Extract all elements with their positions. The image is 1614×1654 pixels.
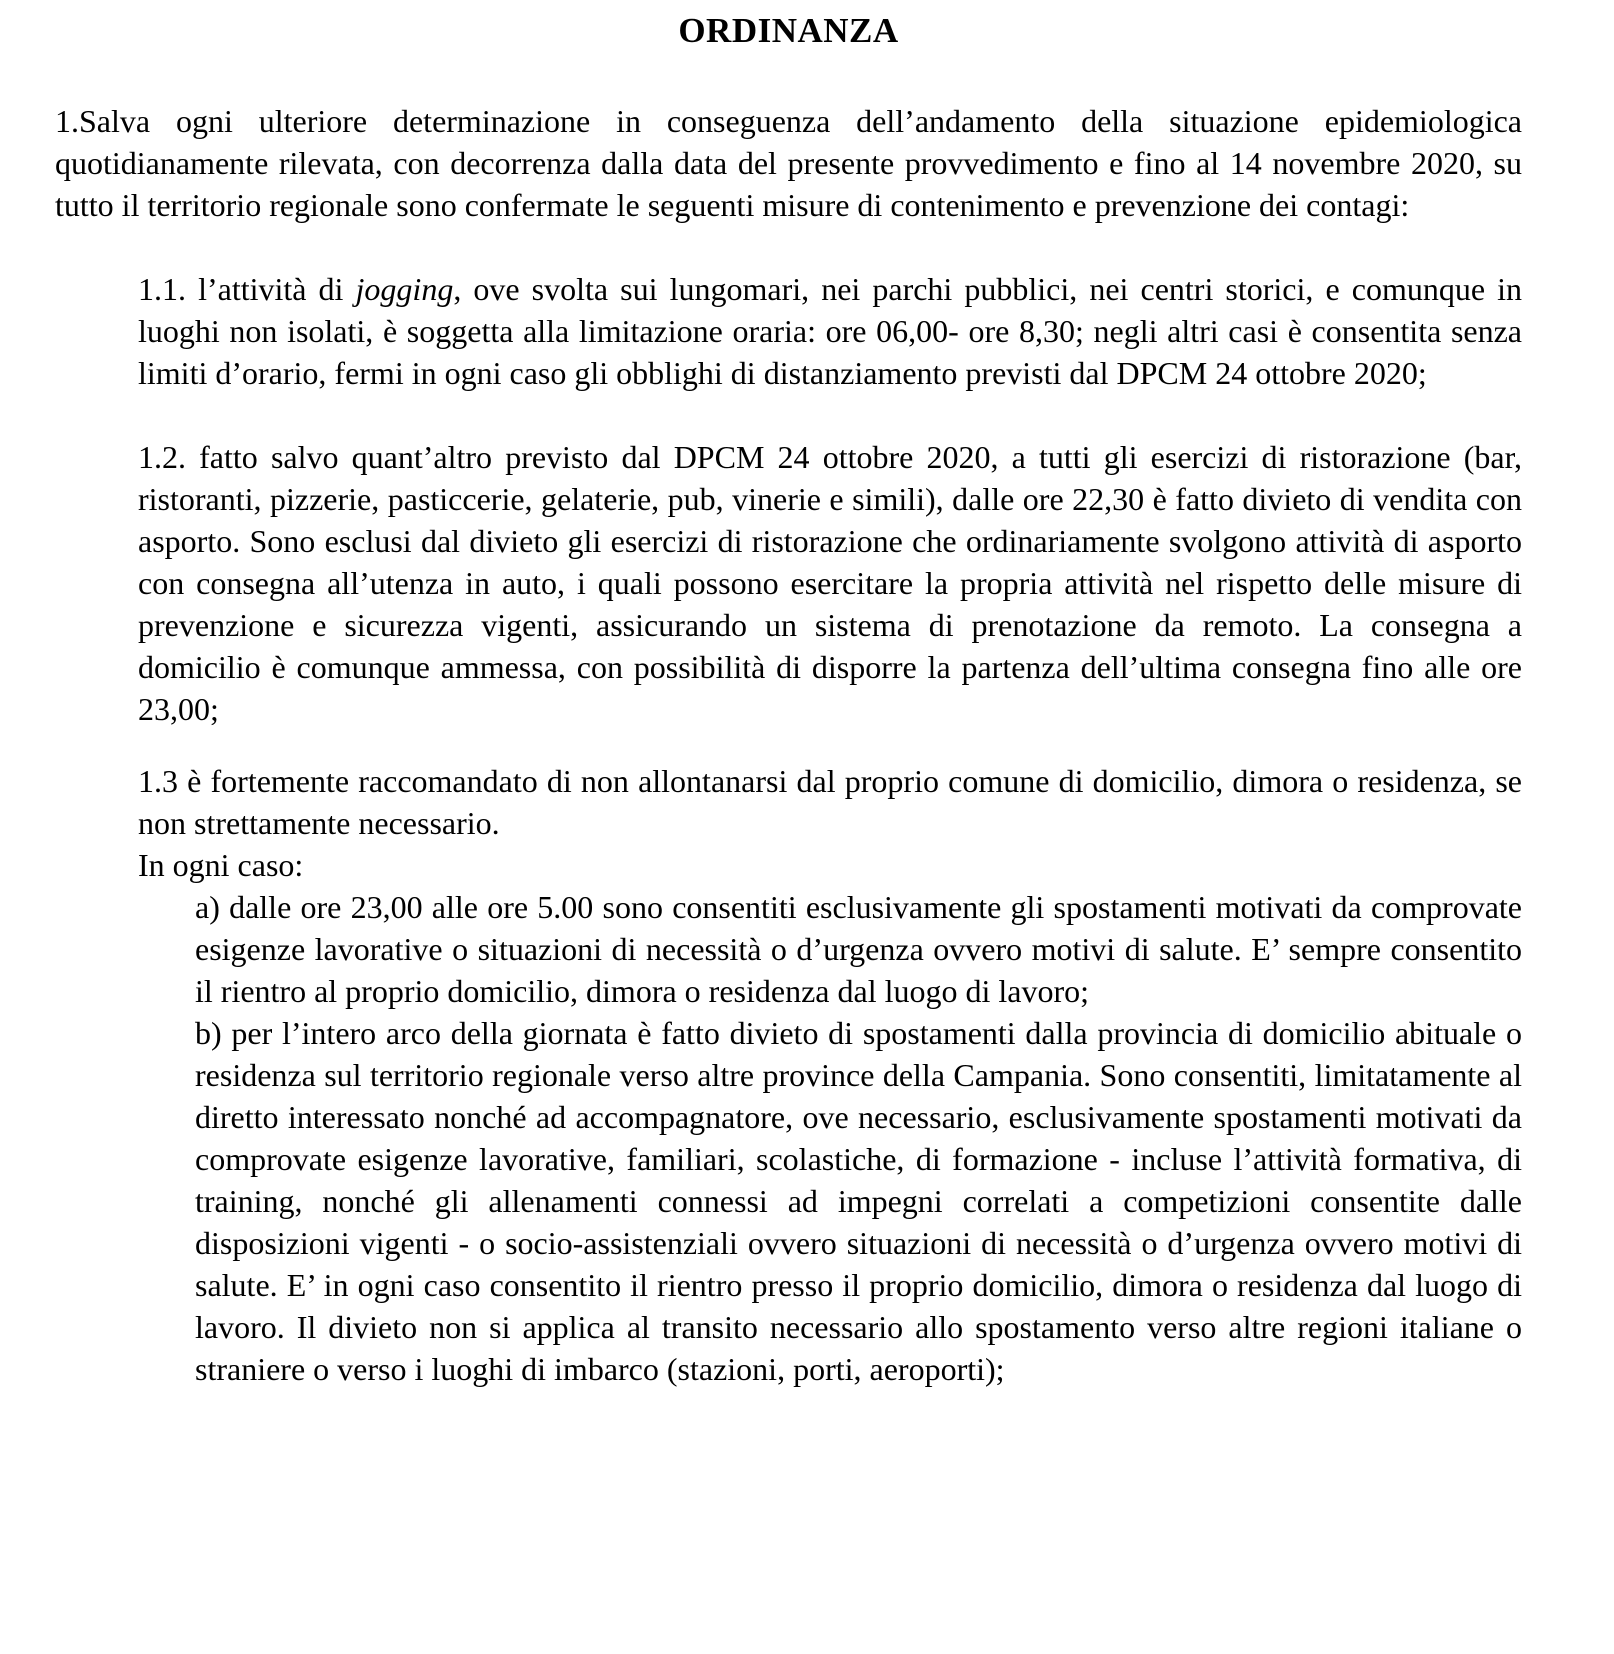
list-item-a: a) dalle ore 23,00 alle ore 5.00 sono co… xyxy=(195,886,1522,1012)
jogging-italic-term: jogging xyxy=(356,271,454,307)
section-1-1: 1.1. l’attività di jogging, ove svolta s… xyxy=(138,268,1522,394)
section-1-3-text: 1.3 è fortemente raccomandato di non all… xyxy=(138,760,1522,844)
section-1-1-text: 1.1. l’attività di xyxy=(138,271,356,307)
ordinance-document: ORDINANZA 1.Salva ogni ulteriore determi… xyxy=(0,0,1614,1654)
section-1-2: 1.2. fatto salvo quant’altro previsto da… xyxy=(138,436,1522,730)
section-1-3-items: a) dalle ore 23,00 alle ore 5.00 sono co… xyxy=(195,886,1522,1390)
section-1-3-lead-in: In ogni caso: xyxy=(138,844,1522,886)
list-item-b: b) per l’intero arco della giornata è fa… xyxy=(195,1012,1522,1390)
section-1-3: 1.3 è fortemente raccomandato di non all… xyxy=(138,760,1522,1390)
paragraph-1: 1.Salva ogni ulteriore determinazione in… xyxy=(55,100,1522,226)
document-title: ORDINANZA xyxy=(55,10,1522,52)
